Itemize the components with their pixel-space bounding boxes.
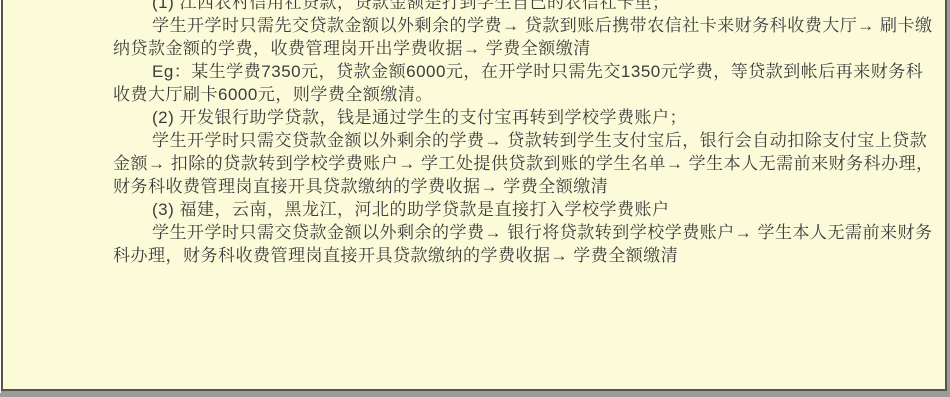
text-line: 收费大厅刷卡6000元，则学费全额缴清。: [113, 83, 903, 106]
text-line: 纳贷款金额的学费，收费管理岗开出学费收据→ 学费全额缴清: [113, 37, 903, 60]
loan-instructions-text-block: (1) 江西农村信用社贷款，贷款金额是打到学生自己的农信社卡里；学生开学时只需先…: [113, 0, 903, 267]
text-line: 学生开学时只需先交贷款金额以外剩余的学费→ 贷款到账后携带农信社卡来财务科收费大…: [113, 14, 903, 37]
left-edge-highlight: [0, 0, 1, 393]
text-line: 学生开学时只需交贷款金额以外剩余的学费→ 银行将贷款转到学校学费账户→ 学生本人…: [113, 221, 903, 244]
text-line: (3) 福建，云南，黑龙江，河北的助学贷款是直接打入学校学费账户: [113, 198, 903, 221]
text-line: (1) 江西农村信用社贷款，贷款金额是打到学生自己的农信社卡里；: [113, 0, 903, 14]
text-line: Eg：某生学费7350元，贷款金额6000元，在开学时只需先交1350元学费，等…: [113, 60, 903, 83]
text-line: (2) 开发银行助学贷款，钱是通过学生的支付宝再转到学校学费账户；: [113, 106, 903, 129]
text-line: 学生开学时只需交贷款金额以外剩余的学费→ 贷款转到学生支付宝后，银行会自动扣除支…: [113, 129, 903, 152]
text-line: 科办理，财务科收费管理岗直接开具贷款缴纳的学费收据→ 学费全额缴清: [113, 244, 903, 267]
text-line: 金额→ 扣除的贷款转到学校学费账户→ 学工处提供贷款到账的学生名单→ 学生本人无…: [113, 152, 903, 175]
slide-page: (1) 江西农村信用社贷款，贷款金额是打到学生自己的农信社卡里；学生开学时只需先…: [1, 0, 947, 391]
screenshot-root: { "theme": { "background_color": "#FBFBD…: [0, 0, 950, 397]
text-line: 财务科收费管理岗直接开具贷款缴纳的学费收据→ 学费全额缴清: [113, 175, 903, 198]
